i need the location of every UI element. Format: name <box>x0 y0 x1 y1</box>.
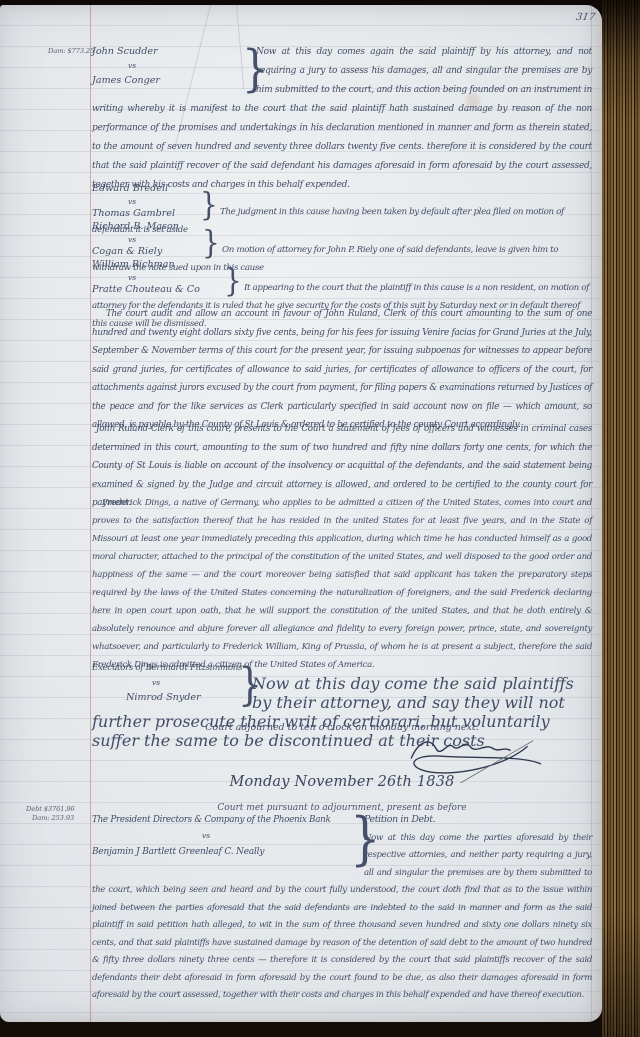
versus-label: vs <box>92 197 175 206</box>
case-caption: William Richman vs Pratte Chouteau & Co <box>92 257 200 298</box>
order-naturalization-dings: Frederick Dings, a native of Germany, wh… <box>92 494 592 674</box>
margin-note-damages: Dam: $773.25 <box>48 47 94 56</box>
versus-label: vs <box>92 60 242 72</box>
margin-note-debt-damages: Debt $3761.96 Dam: 253.93 <box>26 805 75 823</box>
case-brace: } <box>224 263 242 299</box>
order-clerk-account: The court audit and allow an account in … <box>92 305 592 435</box>
versus-label: vs <box>92 235 179 244</box>
case-entry-phoenix-bank: The President Directors & Company of the… <box>92 811 592 1005</box>
ledger-page: 317 Dam: $773.25 John Scudder vs James C… <box>0 5 602 1022</box>
plaintiff-name: William Richman <box>92 257 200 273</box>
case-brace: } <box>202 225 220 261</box>
plaintiff-name: Executors of Bernhardt Fitzsimmons <box>92 660 238 677</box>
case-caption: Richard B. Mason vs Cogan & Riely <box>92 219 179 260</box>
order-text: The court audit and allow an account in … <box>92 305 592 435</box>
case-entry-scudder-v-conger: John Scudder vs James Conger } Now at th… <box>92 43 592 195</box>
defendant-name: James Conger <box>92 72 242 89</box>
margin-note-debt: Debt $3761.96 <box>26 805 75 814</box>
versus-label: vs <box>92 829 350 843</box>
defendant-name: Nimrod Snyder <box>92 689 238 706</box>
versus-label: vs <box>92 273 200 282</box>
plaintiff-name: The President Directors & Company of the… <box>92 811 350 829</box>
order-text: Frederick Dings, a native of Germany, wh… <box>92 494 592 674</box>
case-brace: } <box>350 811 364 867</box>
case-brace: } <box>242 43 256 95</box>
case-brace: } <box>200 187 218 223</box>
session-heading: Monday November 26th 1838 <box>92 771 592 790</box>
margin-note-dam: Dam: 253.93 <box>26 814 75 823</box>
book-page-edges <box>602 0 640 1037</box>
case-caption: Edward Bredell vs Thomas Gambrel <box>92 181 175 222</box>
court-record-photo: { "colors":{ "ink":"#424c66", "paper":"#… <box>0 0 640 1037</box>
plaintiff-name: John Scudder <box>92 43 242 60</box>
left-margin-rule <box>90 5 91 1022</box>
page-number: 317 <box>575 12 596 23</box>
case-caption: The President Directors & Company of the… <box>92 811 350 861</box>
versus-label: vs <box>92 677 238 689</box>
defendants-names: Benjamin J Bartlett Greenleaf C. Neally <box>92 843 350 861</box>
plaintiff-name: Edward Bredell <box>92 181 175 197</box>
plaintiff-name: Richard B. Mason <box>92 219 179 235</box>
case-caption: John Scudder vs James Conger <box>92 43 242 89</box>
defendant-name: Pratte Chouteau & Co <box>92 282 200 298</box>
case-caption: Executors of Bernhardt Fitzsimmons vs Ni… <box>92 660 238 706</box>
case-brace: } <box>238 660 252 708</box>
